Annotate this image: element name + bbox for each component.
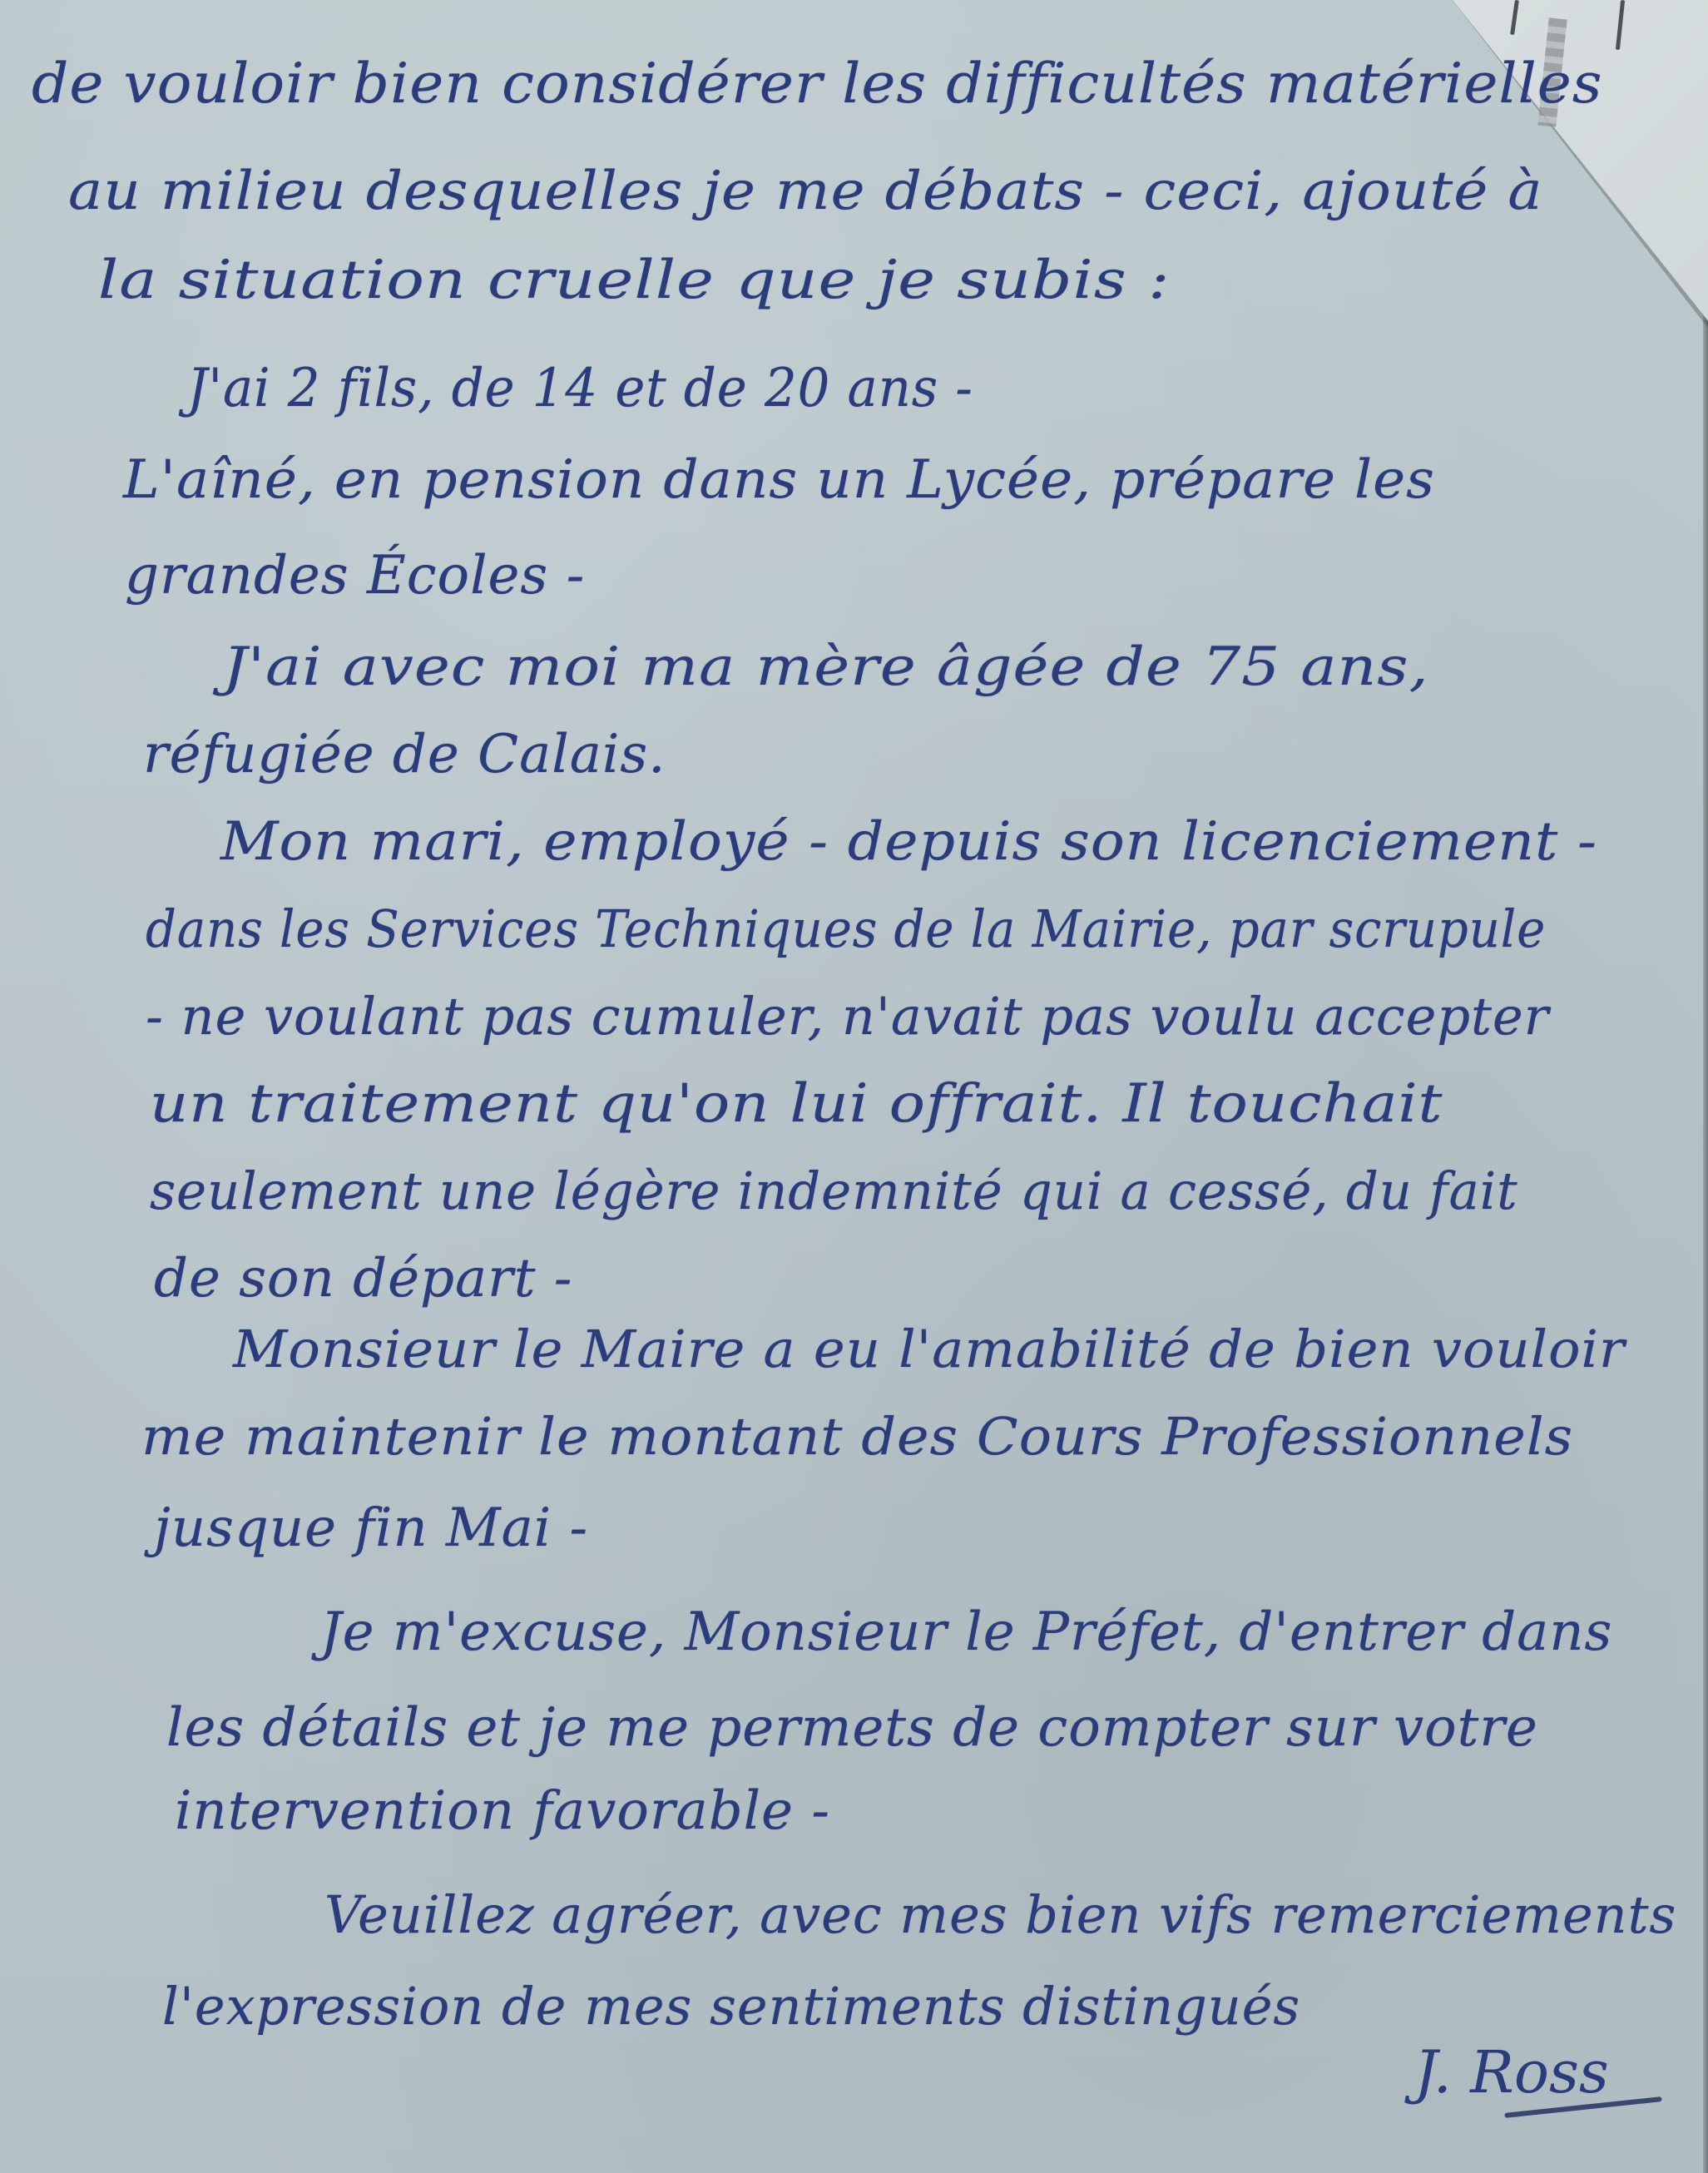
letter-line: les détails et je me permets de compter … [166,1697,1538,1759]
signature: J. Ross [1414,2038,1609,2106]
letter-line: intervention favorable - [175,1780,830,1842]
letter-line: Monsieur le Maire a eu l'amabilité de bi… [233,1319,1626,1379]
letter-line: au milieu desquelles je me débats - ceci… [68,161,1543,222]
letter-line: réfugiée de Calais. [143,724,666,785]
letter-line: un traitement qu'on lui offrait. Il touc… [150,1073,1443,1135]
letter-line: Mon mari, employé - depuis son licenciem… [220,811,1597,873]
letter-line: de son départ - [154,1248,572,1309]
letter-line: dans les Services Techniques de la Mairi… [146,898,1546,959]
page-edge [1703,308,1708,2173]
letter-line: J'ai 2 fils, de 14 et de 20 ans - [187,358,973,419]
letter-line: de vouloir bien considérer les difficult… [32,52,1602,116]
letter-line: J'ai avec moi ma mère âgée de 75 ans, [223,636,1429,698]
letter-line: Je m'excuse, Monsieur le Préfet, d'entre… [320,1601,1612,1663]
letter-line: seulement une légère indemnité qui a ces… [150,1161,1518,1221]
letter-line: L'aîné, en pension dans un Lycée, prépar… [123,449,1435,511]
letter-line: - ne voulant pas cumuler, n'avait pas vo… [146,986,1549,1047]
letter-line: la situation cruelle que je subis : [98,250,1171,311]
letter-line: l'expression de mes sentiments distingué… [162,1976,1300,2037]
letter-line: me maintenir le montant des Cours Profes… [141,1406,1573,1467]
letter-line: jusque fin Mai - [154,1497,588,1559]
letter-line: Veuillez agréer, avec mes bien vifs reme… [324,1884,1676,1945]
letter-line: grandes Écoles - [125,545,585,606]
